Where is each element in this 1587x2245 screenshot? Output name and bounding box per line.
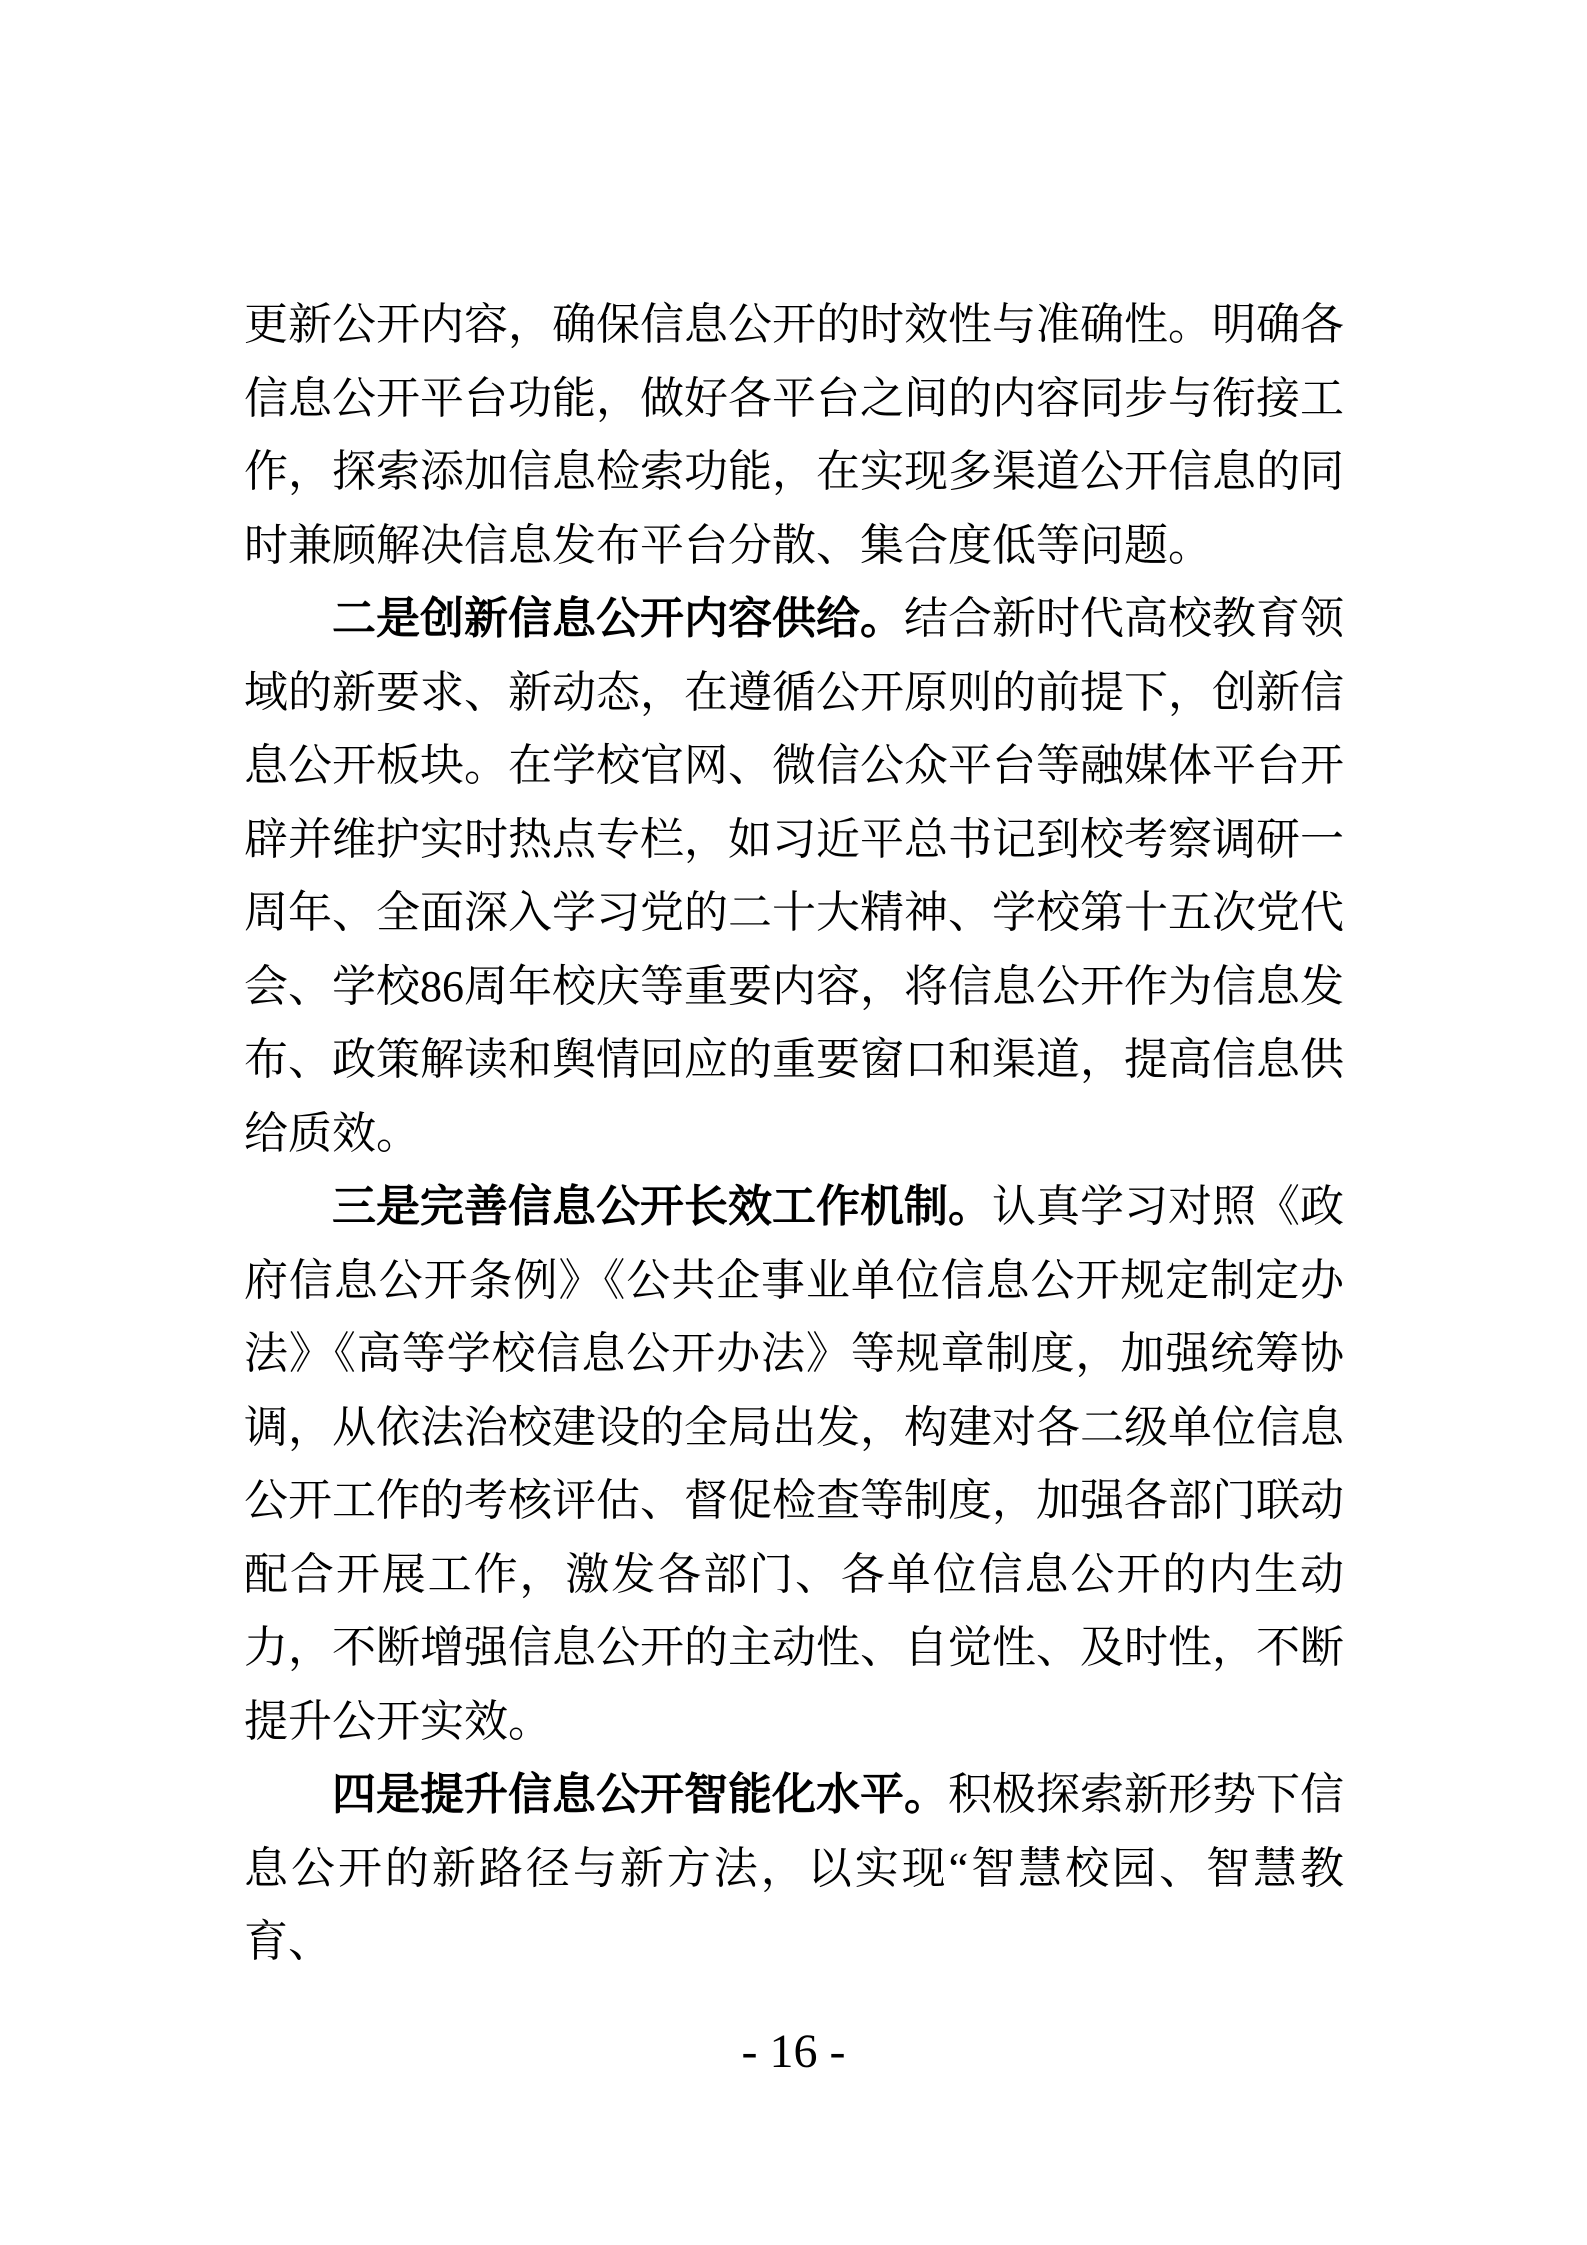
page-number: - 16 - [742,2025,846,2078]
paragraph-lead: 三是完善信息公开长效工作机制。 [332,1182,992,1231]
page-footer: - 16 - [0,2022,1587,2082]
document-body: 更新公开内容，确保信息公开的时效性与准确性。明确各信息公开平台功能，做好各平台之… [244,288,1344,1979]
paragraph-body: 认真学习对照《政府信息公开条例》《公共企事业单位信息公开规定制定办法》《高等学校… [244,1182,1344,1746]
paragraph-continuation: 更新公开内容，确保信息公开的时效性与准确性。明确各信息公开平台功能，做好各平台之… [244,288,1344,582]
paragraph: 四是提升信息公开智能化水平。积极探索新形势下信息公开的新路径与新方法，以实现“智… [244,1758,1344,1979]
document-page: 更新公开内容，确保信息公开的时效性与准确性。明确各信息公开平台功能，做好各平台之… [0,0,1587,2245]
paragraph: 三是完善信息公开长效工作机制。认真学习对照《政府信息公开条例》《公共企事业单位信… [244,1170,1344,1758]
paragraph-body: 更新公开内容，确保信息公开的时效性与准确性。明确各信息公开平台功能，做好各平台之… [244,300,1344,570]
paragraph-lead: 四是提升信息公开智能化水平。 [332,1770,948,1819]
paragraph-body: 结合新时代高校教育领域的新要求、新动态，在遵循公开原则的前提下，创新信息公开板块… [244,594,1344,1158]
paragraph: 二是创新信息公开内容供给。结合新时代高校教育领域的新要求、新动态，在遵循公开原则… [244,582,1344,1170]
paragraph-lead: 二是创新信息公开内容供给。 [332,594,904,643]
